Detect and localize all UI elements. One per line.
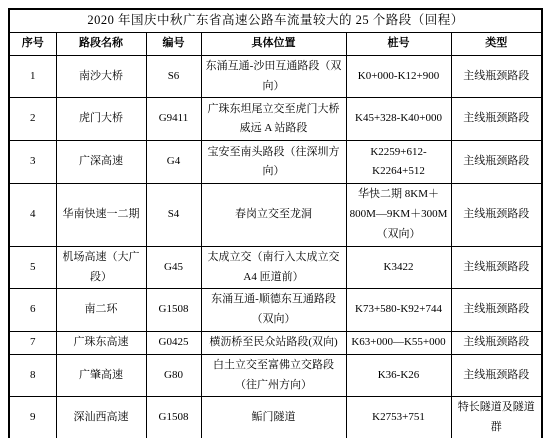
- table-cell: 宝安至南头路段（往深圳方向）: [201, 141, 346, 184]
- table-cell: 3: [9, 141, 56, 184]
- table-cell: 主线瓶颈路段: [451, 289, 542, 332]
- table-cell: G9411: [146, 98, 201, 141]
- table-body: 1南沙大桥S6东涌互通-沙田互通路段（双向）K0+000-K12+900主线瓶颈…: [9, 55, 542, 438]
- table-cell: 主线瓶颈路段: [451, 246, 542, 289]
- table-cell: G1508: [146, 397, 201, 438]
- table-cell: S4: [146, 184, 201, 246]
- table-row: 7广珠东高速G0425横沥桥至民众站路段(双向)K63+000—K55+000主…: [9, 331, 542, 354]
- table-cell: 广珠东高速: [56, 331, 146, 354]
- table-cell: S6: [146, 55, 201, 98]
- table-cell: 主线瓶颈路段: [451, 55, 542, 98]
- table-cell: 虎门大桥: [56, 98, 146, 141]
- table-row: 8广肇高速G80白土立交至富佛立交路段（往广州方向）K36-K26主线瓶颈路段: [9, 354, 542, 397]
- table-cell: 机场高速（大广段）: [56, 246, 146, 289]
- table-cell: K0+000-K12+900: [346, 55, 451, 98]
- table-header-row: 序号路段名称编号具体位置桩号类型: [9, 33, 542, 56]
- column-header-5: 类型: [451, 33, 542, 56]
- table-row: 1南沙大桥S6东涌互通-沙田互通路段（双向）K0+000-K12+900主线瓶颈…: [9, 55, 542, 98]
- table-row: 6南二环G1508东涌互通-顺德东互通路段（双向）K73+580-K92+744…: [9, 289, 542, 332]
- column-header-2: 编号: [146, 33, 201, 56]
- table-title-row: 2020 年国庆中秋广东省高速公路车流量较大的 25 个路段（回程）: [9, 9, 542, 33]
- column-header-0: 序号: [9, 33, 56, 56]
- table-cell: 东涌互通-沙田互通路段（双向）: [201, 55, 346, 98]
- table-cell: 太成立交（南行入太成立交 A4 匝道前）: [201, 246, 346, 289]
- table-cell: 广肇高速: [56, 354, 146, 397]
- table-cell: G4: [146, 141, 201, 184]
- table-cell: 广珠东坦尾立交至虎门大桥威远 A 站路段: [201, 98, 346, 141]
- table-row: 3广深高速G4宝安至南头路段（往深圳方向）K2259+612-K2264+512…: [9, 141, 542, 184]
- table-cell: 春岗立交至龙洞: [201, 184, 346, 246]
- table-cell: K2259+612-K2264+512: [346, 141, 451, 184]
- table-cell: K73+580-K92+744: [346, 289, 451, 332]
- table-cell: 7: [9, 331, 56, 354]
- traffic-table: 2020 年国庆中秋广东省高速公路车流量较大的 25 个路段（回程） 序号路段名…: [8, 8, 543, 438]
- table-cell: G1508: [146, 289, 201, 332]
- table-head: 2020 年国庆中秋广东省高速公路车流量较大的 25 个路段（回程） 序号路段名…: [9, 9, 542, 55]
- table-cell: 横沥桥至民众站路段(双向): [201, 331, 346, 354]
- column-header-1: 路段名称: [56, 33, 146, 56]
- table-cell: K2753+751: [346, 397, 451, 438]
- table-cell: 特长隧道及隧道群: [451, 397, 542, 438]
- table-cell: G0425: [146, 331, 201, 354]
- document-page: 2020 年国庆中秋广东省高速公路车流量较大的 25 个路段（回程） 序号路段名…: [0, 0, 548, 438]
- table-cell: 4: [9, 184, 56, 246]
- table-cell: K63+000—K55+000: [346, 331, 451, 354]
- table-row: 9深汕西高速G1508鲘门隧道K2753+751特长隧道及隧道群: [9, 397, 542, 438]
- table-cell: K45+328-K40+000: [346, 98, 451, 141]
- table-cell: 主线瓶颈路段: [451, 354, 542, 397]
- table-cell: 8: [9, 354, 56, 397]
- table-row: 2虎门大桥G9411广珠东坦尾立交至虎门大桥威远 A 站路段K45+328-K4…: [9, 98, 542, 141]
- table-cell: 主线瓶颈路段: [451, 331, 542, 354]
- table-title: 2020 年国庆中秋广东省高速公路车流量较大的 25 个路段（回程）: [9, 9, 542, 33]
- table-cell: 南二环: [56, 289, 146, 332]
- table-cell: K3422: [346, 246, 451, 289]
- table-cell: 2: [9, 98, 56, 141]
- table-row: 5机场高速（大广段）G45太成立交（南行入太成立交 A4 匝道前）K3422主线…: [9, 246, 542, 289]
- table-cell: 主线瓶颈路段: [451, 98, 542, 141]
- table-cell: 东涌互通-顺德东互通路段（双向）: [201, 289, 346, 332]
- table-cell: 南沙大桥: [56, 55, 146, 98]
- table-cell: 华快二期 8KM＋800M—9KM＋300M（双向）: [346, 184, 451, 246]
- table-cell: 鲘门隧道: [201, 397, 346, 438]
- table-cell: 深汕西高速: [56, 397, 146, 438]
- table-cell: K36-K26: [346, 354, 451, 397]
- table-row: 4华南快速一二期S4春岗立交至龙洞华快二期 8KM＋800M—9KM＋300M（…: [9, 184, 542, 246]
- table-cell: 6: [9, 289, 56, 332]
- table-cell: 1: [9, 55, 56, 98]
- table-cell: 5: [9, 246, 56, 289]
- table-cell: 主线瓶颈路段: [451, 141, 542, 184]
- table-cell: G45: [146, 246, 201, 289]
- table-cell: 华南快速一二期: [56, 184, 146, 246]
- table-cell: G80: [146, 354, 201, 397]
- table-cell: 9: [9, 397, 56, 438]
- column-header-3: 具体位置: [201, 33, 346, 56]
- table-cell: 广深高速: [56, 141, 146, 184]
- table-cell: 主线瓶颈路段: [451, 184, 542, 246]
- column-header-4: 桩号: [346, 33, 451, 56]
- table-cell: 白土立交至富佛立交路段（往广州方向）: [201, 354, 346, 397]
